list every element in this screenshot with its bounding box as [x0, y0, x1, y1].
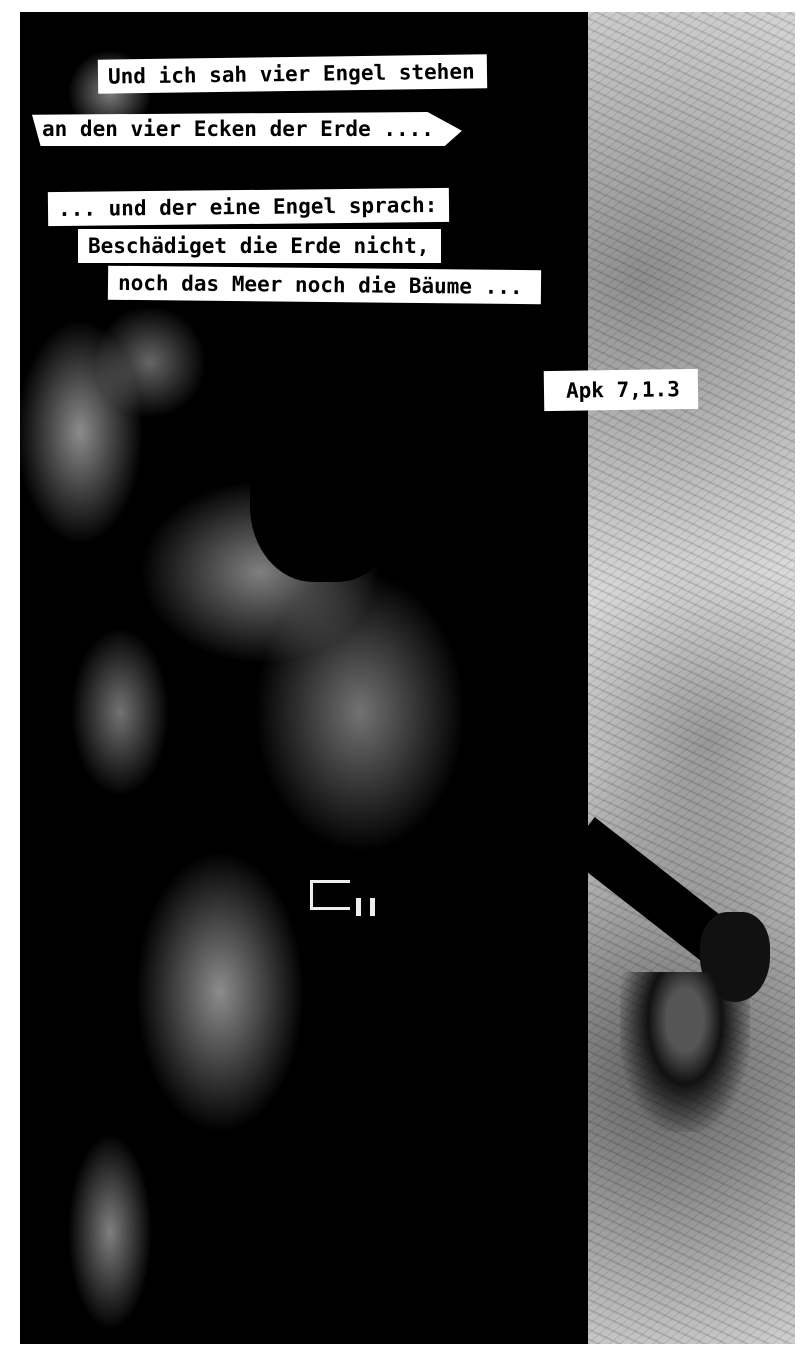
belt-loop — [370, 898, 375, 916]
belt-loop — [356, 898, 361, 916]
figure-head-silhouette — [250, 402, 400, 582]
small-figure — [620, 972, 750, 1132]
text-strip-5: noch das Meer noch die Bäume ... — [108, 266, 541, 305]
dark-pillar — [550, 12, 588, 1344]
text-strip-4: Beschädiget die Erde nicht, — [78, 229, 441, 263]
text-strip-3: ... und der eine Engel sprach: — [48, 188, 450, 226]
collage-image: Und ich sah vier Engel stehen an den vie… — [20, 12, 795, 1344]
text-strip-2: an den vier Ecken der Erde .... — [32, 112, 462, 146]
citation-label: Apk 7,1.3 — [544, 369, 698, 411]
belt-buckle — [310, 880, 350, 910]
text-strip-1: Und ich sah vier Engel stehen — [98, 54, 487, 93]
textured-wall — [575, 12, 795, 1344]
